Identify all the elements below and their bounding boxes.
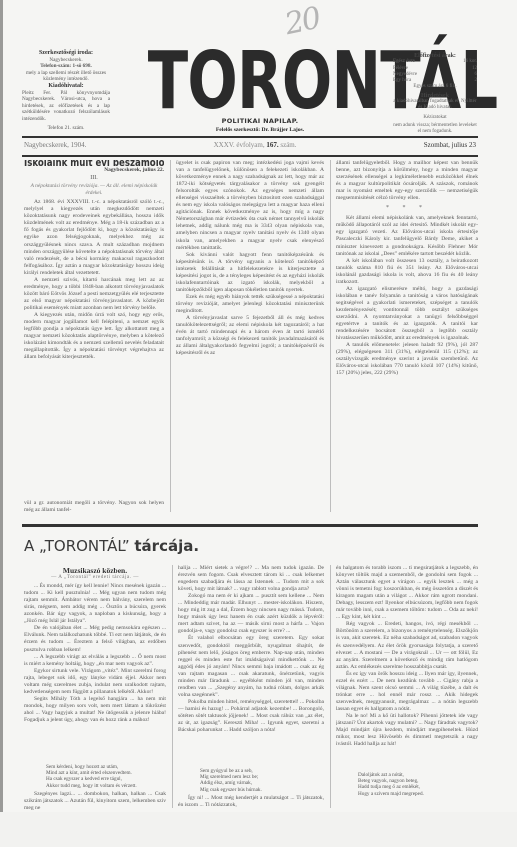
ads-text: a kiadóhivatalban fogadtatnak el. Nyiltt… bbox=[393, 99, 477, 112]
feuilleton-header-prefix: A „TORONTÁL” bbox=[24, 537, 130, 555]
feuilleton-paragraph: Szegényes lagzi... ... dombokon, halkan,… bbox=[24, 791, 166, 812]
masthead-rule bbox=[22, 136, 478, 138]
editorial-office-city: Nagybecskerek. bbox=[22, 57, 110, 64]
article-paragraph: Két állami elemi népiskolánk van, amelye… bbox=[336, 215, 478, 257]
article-paragraph: állami tanfelügyeletből. Hogy a mailhor … bbox=[336, 160, 478, 202]
column-divider bbox=[172, 565, 173, 808]
feuilleton-paragraph: Rég vagyok ... Eredeti, hangos, ivó, rég… bbox=[336, 621, 478, 670]
article-paragraph: Az 1868. évi XXXVIII. t.-c. a népoktatás… bbox=[24, 199, 164, 277]
feuilleton-paragraph: És ez így van örök hosszu ideig ... Ilye… bbox=[336, 671, 478, 713]
editorial-office-box: Szerkesztőségi iroda: Nagybecskerek. Tel… bbox=[22, 50, 110, 131]
feuilleton-column-2: halija ... Miért sietek a végre!? ... Ma… bbox=[178, 565, 324, 765]
column-divider bbox=[330, 160, 331, 512]
article-title: Iskoláink mult évi beszámolói. bbox=[24, 160, 139, 167]
manuscripts-heading: Kéziratokat bbox=[393, 115, 477, 121]
feuilleton-column-1-end: Sem kérdeni, hogy hozott az utám, Mind a… bbox=[24, 762, 166, 812]
article-paragraph: A tanulók előmenetele: jelesen haladt 92… bbox=[336, 342, 478, 377]
feuilleton-paragraph: Na le no! Mi a kő üti hallotok? Pihenni … bbox=[336, 713, 478, 748]
article-paragraph: ügyelet is csak papiron van meg; intézke… bbox=[176, 160, 324, 252]
article-paragraph: Az igazgató elismerésre méltó, hogy a ga… bbox=[336, 286, 478, 342]
feuilleton-paragraph: ... És mondd, mér így kell lennie! Nincs… bbox=[24, 583, 166, 625]
editor-line: Felelős szerkesztő: Dr. Brájjer Lajos. bbox=[150, 127, 370, 133]
article-paragraph: A törvényjavaslat sarve 5 fejezetből áll… bbox=[176, 315, 324, 357]
feuilleton-title: Muzsikaszó közben. bbox=[24, 567, 166, 574]
feuilleton-paragraph: Ét valahol elbocsátan egy öreg szeretem.… bbox=[178, 635, 324, 698]
feuilleton-rule bbox=[22, 524, 478, 527]
single-copy-price: Egyes szám ára 6 fill. bbox=[393, 84, 477, 90]
issue-label: szám. bbox=[280, 141, 296, 149]
editor-label: Felelős szerkesztő: bbox=[216, 127, 260, 133]
subscription-box: Előfizetési árak: Egész évre16 kor. Félé… bbox=[393, 53, 477, 136]
article-column-1: Iskoláink mult évi beszámolói. Nagybecsk… bbox=[24, 160, 164, 515]
feuilleton-subtitle: — A „Torontál” eredeti tárcája. — bbox=[24, 574, 166, 581]
day-date: Szombat, julius 23 bbox=[424, 141, 476, 149]
feuilleton-paragraph: Segits Mihály Tóth a legelső hangjára ..… bbox=[24, 696, 166, 724]
verse-stanza: Sem kérdeni, hogy hozott az utám, Mind a… bbox=[24, 764, 166, 789]
article-subtitle: A népoktatási törvény revíziója. — Az ál… bbox=[24, 183, 164, 197]
volume-number: XXXV. bbox=[214, 141, 235, 149]
feuilleton-paragraph: ... A legszebb virágt az elválás a legsz… bbox=[24, 654, 166, 668]
article-column-2: ügyelet is csak papiron van meg; intézke… bbox=[176, 160, 324, 515]
manuscripts-note: nem adunk vissza; bérmentetlen leveleket… bbox=[393, 123, 477, 136]
feuilleton-column-3: én halgatom és torabb iszom ... ti megsi… bbox=[336, 565, 478, 765]
feuilleton-paragraph: Pokolba minden hittel, reménységgel, sze… bbox=[178, 699, 324, 734]
article-column-3: állami tanfelügyeletből. Hogy a mailhor … bbox=[336, 160, 478, 515]
volume-label: évfolyam, bbox=[236, 141, 264, 149]
dateline-rule bbox=[22, 155, 478, 157]
page-margin-bottom bbox=[0, 812, 517, 847]
feuilleton-paragraph: halija ... Miért sietek a végre!? ... Ma… bbox=[178, 565, 324, 593]
place-year: Nagybecskerek, 1904. bbox=[24, 141, 86, 149]
scan-edge bbox=[0, 0, 3, 847]
verse-line: Akkor tudd meg, hogy itt voltam és vérze… bbox=[46, 783, 166, 789]
feuilleton-paragraph: Így ni! ... Most még kendertjét a mulats… bbox=[178, 795, 324, 809]
editorial-office-note: mely a lap szellemi részét illető összes… bbox=[22, 70, 110, 83]
feuilleton-header: A „TORONTÁL” tárcája. bbox=[24, 537, 199, 555]
article-paragraph: Sok kivánni valót hagyott fenn tanitókép… bbox=[176, 252, 324, 294]
issue-number: 167. bbox=[266, 141, 278, 149]
newspaper-title: TORONTÁL bbox=[148, 44, 359, 118]
article-paragraph: A két iskolában volt összesen 13 osztály… bbox=[336, 258, 478, 286]
verse-line: Hogy a szívem majd megreped. bbox=[358, 791, 478, 797]
feuilleton-paragraph: Egykor sirtunk vele. Virágom „vitéz”. Mi… bbox=[24, 668, 166, 696]
feuilleton-header-suffix: tárcája. bbox=[134, 537, 199, 555]
section-separator: * * * bbox=[336, 205, 478, 212]
article-paragraph: vül a gr. autonomiát megöli a törvény. N… bbox=[24, 500, 164, 514]
verse-line: Míg csak egyszer bús húrnak. bbox=[200, 787, 324, 793]
newspaper-page: 20 Szerkesztőségi iroda: Nagybecskerek. … bbox=[0, 0, 517, 847]
newspaper-subtitle: POLITIKAI NAPILAP. bbox=[150, 117, 370, 125]
article-part: III. bbox=[24, 175, 164, 182]
volume-issue: XXXV. évfolyam, 167. szám. bbox=[214, 141, 297, 149]
feuilleton-column-3-end: Daloljátok azt a nótát, Beteg vagyok, na… bbox=[336, 770, 478, 799]
price-value: 2 bbox=[475, 78, 478, 84]
editorial-office-phone: Telefon-szám: 1-sö 698. bbox=[22, 63, 110, 70]
publisher-heading: Kiadóhivatal: bbox=[22, 83, 110, 90]
dateline: Nagybecskerek, 1904. XXXV. évfolyam, 167… bbox=[24, 141, 476, 149]
publisher-footer: Telefon 21. szám. bbox=[22, 125, 110, 132]
article-paragraph: A kiegyezés után, midőn úrrá volt szó, h… bbox=[24, 312, 164, 361]
editorial-office-heading: Szerkesztőségi iroda: bbox=[22, 50, 110, 57]
editor-name: Dr. Brájjer Lajos. bbox=[262, 127, 305, 133]
article-column-1-end: vül a gr. autonomiát megöli a törvény. N… bbox=[24, 500, 164, 514]
article-paragraph: Ezek és még egyéb hiányok tették szükség… bbox=[176, 294, 324, 315]
feuilleton-paragraph: Zokogó ma nem ér ki ajkam ... pusztít se… bbox=[178, 593, 324, 635]
publisher-body: Pleitz Fer. Pál könyvnyomdája Nagybecske… bbox=[22, 90, 110, 123]
price-label: Egy hóra bbox=[393, 78, 411, 84]
feuilleton-paragraph: De én valójában élet ... Még pedig nemso… bbox=[24, 625, 166, 653]
column-divider bbox=[170, 160, 171, 512]
feuilleton-paragraph: én halgatom és torabb iszom ... ti megsi… bbox=[336, 565, 478, 621]
article-paragraph: A nemzeti szivós, kitartó harcának meg l… bbox=[24, 277, 164, 312]
verse-stanza: Sem gyógyul be az a seb, Míg szerelmed n… bbox=[178, 768, 324, 793]
column-divider bbox=[330, 565, 331, 808]
verse-stanza: Daloljátok azt a nótát, Beteg vagyok, na… bbox=[336, 772, 478, 797]
feuilleton-column-2-end: Sem gyógyul be az a seb, Míg szerelmed n… bbox=[178, 766, 324, 809]
